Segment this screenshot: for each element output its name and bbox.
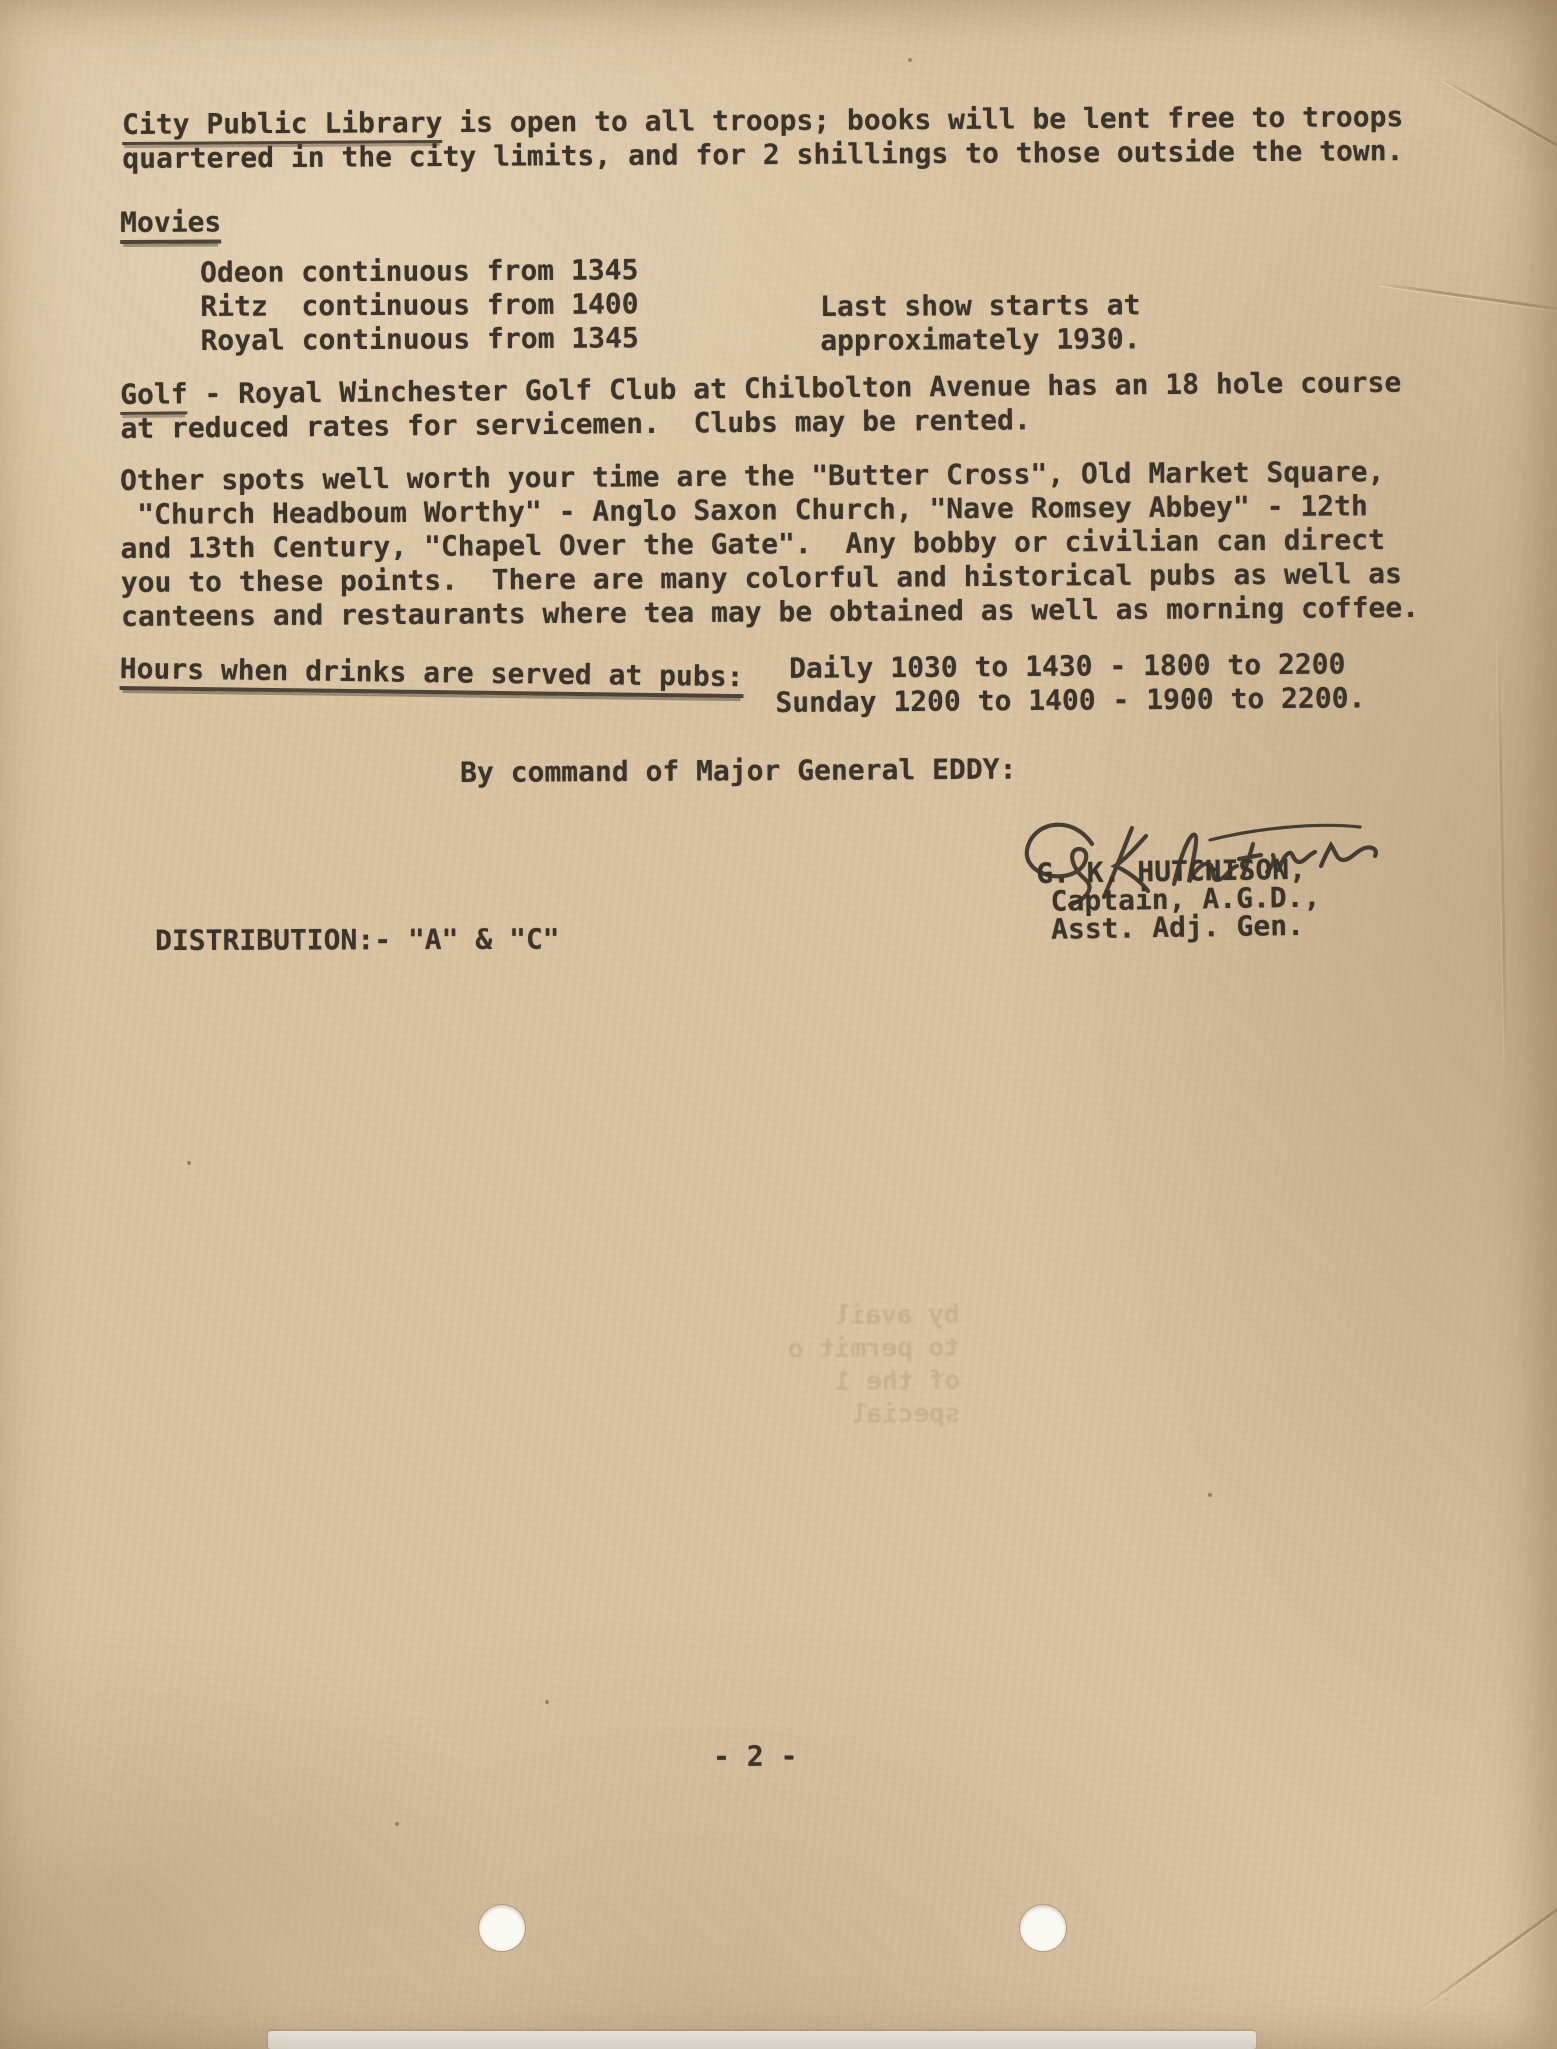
punch-hole-right [1020, 1905, 1066, 1951]
bleed-fragment: by avail [699, 1299, 959, 1335]
library-line-2: quartered in the city limits, and for 2 … [122, 134, 1403, 176]
library-title: City Public Library [122, 106, 443, 145]
bleed-fragment: special [700, 1398, 960, 1434]
library-line-1-rest: is open to all troops; books will be len… [442, 100, 1403, 139]
movies-note-line-1: Last show starts at [820, 288, 1140, 324]
ink-speck [395, 1822, 399, 1826]
movies-note-line-2: approximately 1930. [820, 322, 1140, 358]
distribution-text: DISTRIBUTION:- "A" & "C" [155, 923, 560, 957]
distribution-line: DISTRIBUTION:- "A" & "C" [155, 923, 560, 958]
movie-listing: Royal continuous from 1345 [200, 321, 638, 358]
pub-hours-heading-wrap: Hours when drinks are served at pubs: [120, 652, 744, 694]
pub-hours-heading: Hours when drinks are served at pubs: [120, 652, 744, 698]
paper-crease [1442, 78, 1557, 161]
ink-speck [908, 58, 912, 62]
paper-crease [1418, 1868, 1557, 2011]
library-paragraph: City Public Library is open to all troop… [122, 100, 1404, 176]
ink-speck [187, 1161, 191, 1165]
scan-edge-strip [268, 2031, 1256, 2049]
punch-hole-left [479, 1905, 525, 1951]
paper-shadow-bottom-left [0, 1829, 300, 2049]
command-line: By command of Major General EDDY: [460, 753, 1016, 790]
movies-section-heading: Movies [120, 205, 221, 240]
signature-block: G. K. HUTCHISON, Captain, A.G.D., Asst. … [1036, 856, 1321, 944]
golf-title: Golf [120, 377, 188, 415]
bleed-fragment: to permit o [700, 1332, 960, 1368]
paper-crease [1497, 640, 1507, 1060]
command-line-text: By command of Major General EDDY: [460, 753, 1016, 789]
movies-heading: Movies [120, 205, 221, 244]
bleed-through-text: by avail to permit o of the 1 special [699, 1299, 960, 1434]
ink-speck [545, 1700, 549, 1704]
golf-paragraph: Golf - Royal Winchester Golf Club at Chi… [120, 366, 1402, 446]
page-number-text: - 2 - [713, 1740, 797, 1773]
movie-listing: Odeon continuous from 1345 [200, 253, 638, 290]
pub-hours-daily: Daily 1030 to 1430 - 1800 to 2200 [789, 647, 1365, 686]
movies-note: Last show starts at approximately 1930. [820, 288, 1141, 358]
movie-listing: Ritz continuous from 1400 [200, 287, 638, 324]
other-spots-paragraph: Other spots well worth your time are the… [120, 455, 1419, 634]
ink-speck [1208, 1493, 1212, 1497]
pub-hours-sunday: Sunday 1200 to 1400 - 1900 to 2200. [775, 681, 1365, 720]
movies-listings: Odeon continuous from 1345 Ritz continuo… [200, 253, 639, 358]
bleed-fragment: of the 1 [700, 1365, 960, 1401]
pub-hours-times: Daily 1030 to 1430 - 1800 to 2200 Sunday… [775, 647, 1366, 720]
paper-crease [1379, 282, 1557, 312]
document-page: City Public Library is open to all troop… [0, 0, 1557, 2049]
signed-title-2: Asst. Adj. Gen. [1051, 912, 1321, 944]
page-number: - 2 - [713, 1740, 797, 1774]
